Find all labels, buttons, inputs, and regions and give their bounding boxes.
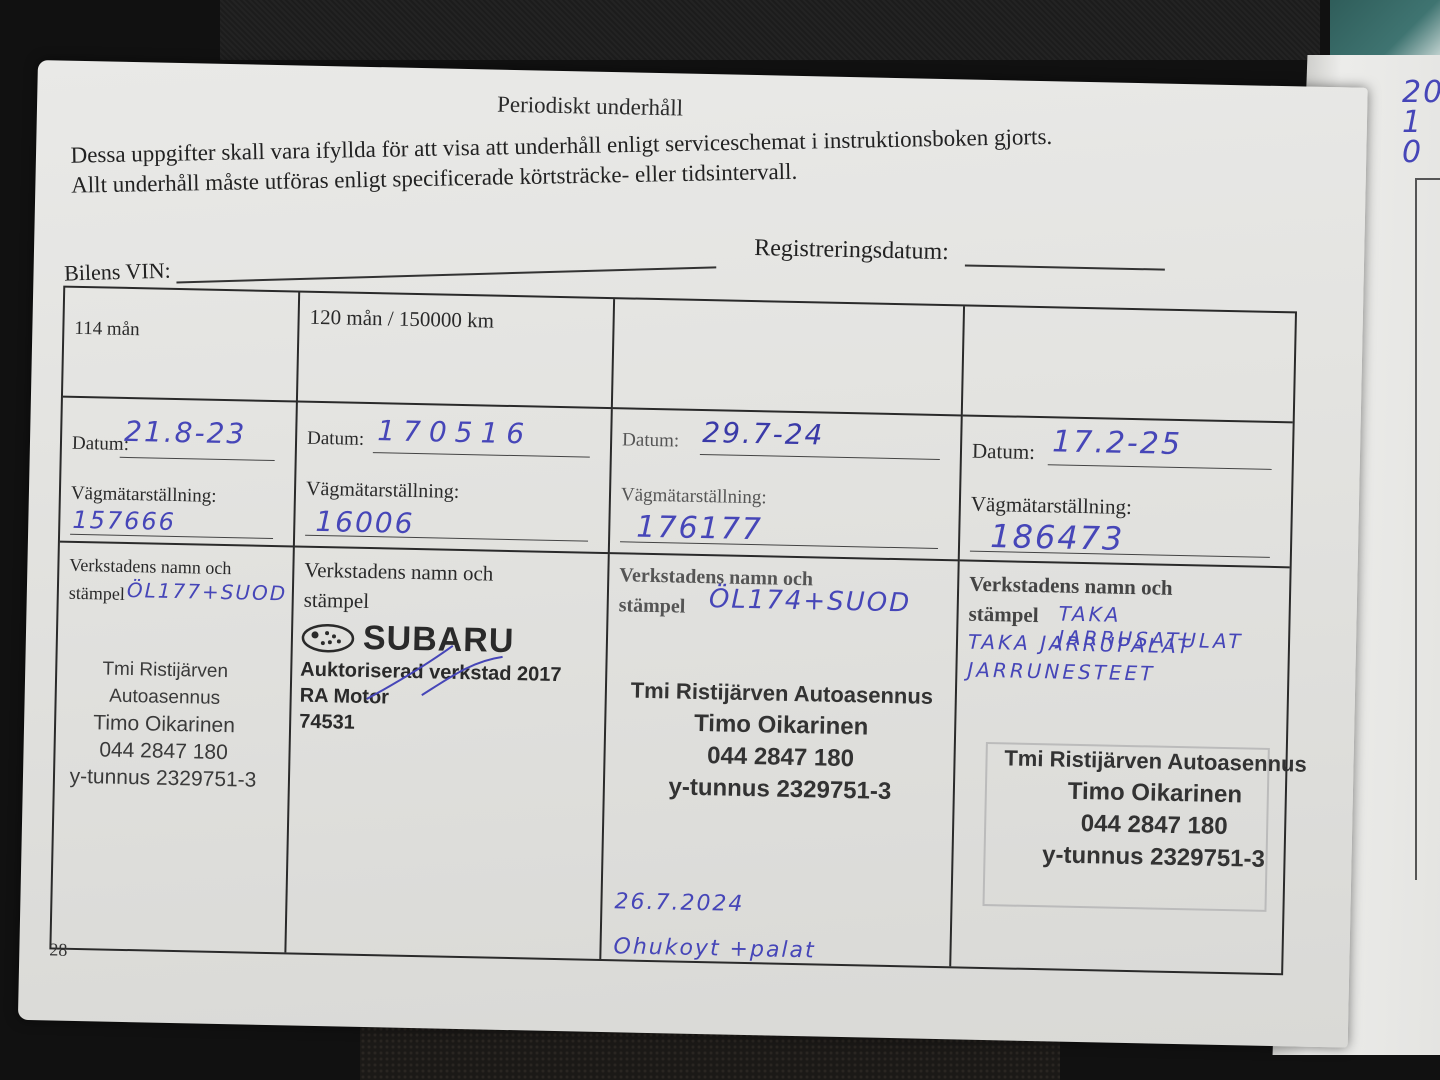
workshop-label: Verkstadens namn och (969, 572, 1173, 601)
extra-note: Ohukoyt +palat (613, 934, 816, 963)
facing-page-handwriting: 20 1 0 (1402, 78, 1440, 168)
workshop-note-line-2: TAKA JARRUPALAT (968, 630, 1193, 659)
workshop-label: Verkstadens namn och (304, 558, 493, 587)
facing-page-table-edge (1415, 178, 1440, 880)
subaru-pleiades-icon (301, 622, 356, 653)
workshop-label-2: stämpel (968, 602, 1039, 628)
background-fabric (220, 0, 1320, 60)
interval-cell-3 (613, 299, 965, 416)
workshop-label-2: stämpel (69, 583, 125, 605)
workshop-stamp: Tmi Ristijärven Autoasennus Timo Oikarin… (43, 654, 286, 794)
workshop-label-2: stämpel (303, 588, 369, 614)
registration-date-value (965, 242, 1165, 270)
service-book-page: Periodiskt underhåll Dessa uppgifter ska… (18, 60, 1368, 1048)
workshop-note: ÖL174+SUOD (709, 584, 912, 618)
interval-cell-2: 120 mån / 150000 km (298, 293, 615, 410)
workshop-stamp: Tmi Ristijärven Autoasennus Timo Oikarin… (605, 674, 958, 809)
date-label: Datum: (622, 429, 679, 452)
service-record-table: 114 mån 120 mån / 150000 km Datum: 21.8-… (49, 286, 1297, 976)
date-odometer-cell-4: Datum: 17.2-25 Vägmätarställning: 186473 (960, 416, 1293, 568)
intro-text: Dessa uppgifter skall vara ifyllda för a… (70, 122, 1053, 201)
workshop-label-2: stämpel (618, 594, 685, 618)
vin-label: Bilens VIN: (64, 258, 171, 286)
date-line (1048, 464, 1272, 470)
date-label: Datum: (307, 428, 364, 451)
interval-cell-1: 114 mån (63, 288, 300, 403)
workshop-cell-3: Verkstadens namn och stämpel ÖL174+SUOD … (601, 554, 959, 966)
date-odometer-cell-1: Datum: 21.8-23 Vägmätarställning: 157666 (60, 398, 298, 548)
date-odometer-cell-2: Datum: 170516 Vägmätarställning: 16006 (295, 403, 613, 555)
workshop-cell-4: Verkstadens namn och stämpel TAKA JARRUS… (951, 561, 1289, 973)
registration-date-label: Registreringsdatum: (754, 235, 949, 265)
stamp-line-3: 74531 (299, 709, 561, 740)
vin-field: Bilens VIN: (64, 242, 717, 286)
workshop-note-line-3: JARRUNESTEET (967, 658, 1155, 686)
date-label: Datum: (72, 433, 129, 456)
signature-scribble (361, 639, 522, 712)
page-title: Periodiskt underhåll (497, 92, 683, 122)
odometer-label: Vägmätarställning: (621, 484, 767, 509)
odometer-label: Vägmätarställning: (306, 478, 460, 504)
workshop-cell-1: Verkstadens namn och stämpel ÖL177+SUOD … (51, 543, 294, 953)
registration-date-field: Registreringsdatum: (754, 235, 1165, 271)
stamp-business-id: y-tunnus 2329751-3 (43, 762, 284, 794)
date-line (120, 457, 275, 461)
interval-label: 114 mån (74, 318, 140, 341)
date-line (700, 454, 940, 460)
workshop-cell-2: Verkstadens namn och stämpel SUBARU Au (286, 547, 609, 959)
date-value: 29.7-24 (702, 416, 825, 452)
date-value: 21.8-23 (124, 415, 247, 451)
interval-label: 120 mån / 150000 km (309, 305, 494, 334)
extra-note-date: 26.7.2024 (614, 889, 744, 917)
odometer-label: Vägmätarställning: (71, 483, 217, 508)
date-label: Datum: (972, 439, 1036, 465)
odometer-value: 157666 (72, 506, 176, 536)
date-odometer-cell-3: Datum: 29.7-24 Vägmätarställning: 176177 (610, 409, 963, 561)
stamp-name: Tmi Ristijärven Autoasennus (44, 654, 285, 713)
workshop-note: ÖL177+SUOD (127, 578, 288, 605)
interval-cell-4 (963, 306, 1295, 423)
date-value: 17.2-25 (1052, 424, 1183, 462)
page-number: 28 (49, 939, 67, 960)
date-line (373, 452, 590, 458)
workshop-stamp: Tmi Ristijärven Autoasennus Timo Oikarin… (973, 742, 1336, 878)
date-value: 170516 (377, 414, 533, 450)
vin-value (176, 244, 716, 283)
workshop-label: Verkstadens namn och (69, 555, 231, 579)
odometer-label: Vägmätarställning: (971, 492, 1132, 520)
stamp-business-id: y-tunnus 2329751-3 (605, 770, 956, 809)
